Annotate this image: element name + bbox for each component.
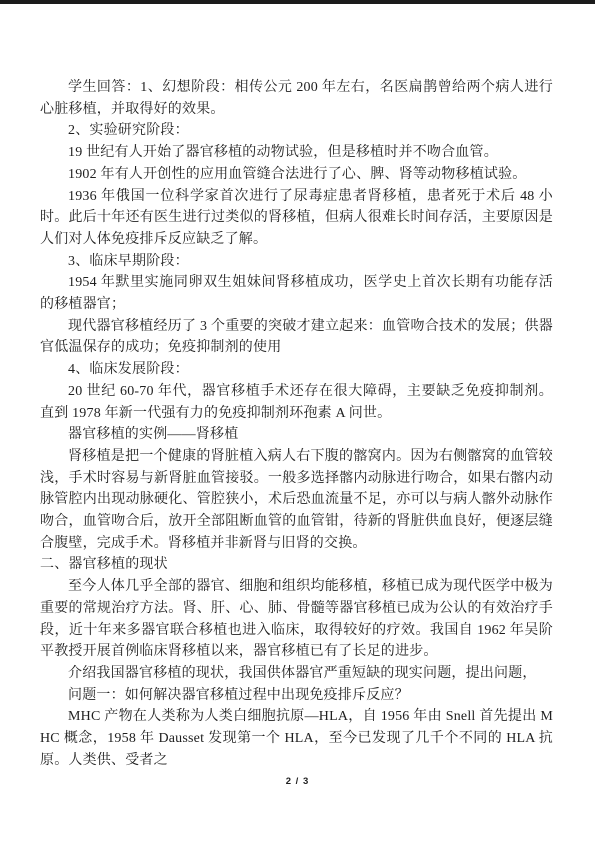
paragraph: 介绍我国器官移植的现状，我国供体器官严重短缺的现实问题，提出问题， bbox=[40, 663, 553, 685]
paragraph: 1936 年俄国一位科学家首次进行了尿毒症患者肾移植，患者死于术后 48 小时。… bbox=[40, 186, 553, 251]
paragraph: 1954 年默里实施同卵双生姐妹间肾移植成功，医学史上首次长期有功能存活的移植器… bbox=[40, 272, 553, 315]
paragraph: 至今人体几乎全部的器官、细胞和组织均能移植，移植已成为现代医学中极为重要的常规治… bbox=[40, 576, 553, 663]
document-page: 学生回答：1、幻想阶段：相传公元 200 年左右，名医扁鹊曾给两个病人进行心脏移… bbox=[40, 77, 553, 772]
paragraph: 1902 年有人开创性的应用血管缝合法进行了心、脾、肾等动物移植试验。 bbox=[40, 164, 553, 186]
paragraph: 器官移植的实例——肾移植 bbox=[40, 424, 553, 446]
paragraph: 4、临床发展阶段： bbox=[40, 359, 553, 381]
paragraph: 3、临床早期阶段： bbox=[40, 251, 553, 273]
paragraph: 2、实验研究阶段： bbox=[40, 120, 553, 142]
page-footer: 2 / 3 bbox=[0, 771, 595, 789]
paragraph: 19 世纪有人开始了器官移植的动物试验，但是移植时并不吻合血管。 bbox=[40, 142, 553, 164]
page-top-divider bbox=[0, 0, 595, 4]
paragraph: 学生回答：1、幻想阶段：相传公元 200 年左右，名医扁鹊曾给两个病人进行心脏移… bbox=[40, 77, 553, 120]
paragraph: 肾移植是把一个健康的肾脏植入病人右下腹的髂窝内。因为右侧髂窝的血管较浅，手术时容… bbox=[40, 446, 553, 555]
paragraph: 现代器官移植经历了 3 个重要的突破才建立起来：血管吻合技术的发展；供器官低温保… bbox=[40, 316, 553, 359]
section-heading: 二、器官移植的现状 bbox=[40, 554, 553, 576]
paragraph: MHC 产物在人类称为人类白细胞抗原—HLA，自 1956 年由 Snell 首… bbox=[40, 706, 553, 771]
paragraph: 问题一：如何解决器官移植过程中出现免疫排斥反应？ bbox=[40, 685, 553, 707]
page-number: 2 / 3 bbox=[286, 776, 310, 787]
paragraph: 20 世纪 60-70 年代，器官移植手术还存在很大障碍，主要缺乏免疫抑制剂。直… bbox=[40, 381, 553, 424]
